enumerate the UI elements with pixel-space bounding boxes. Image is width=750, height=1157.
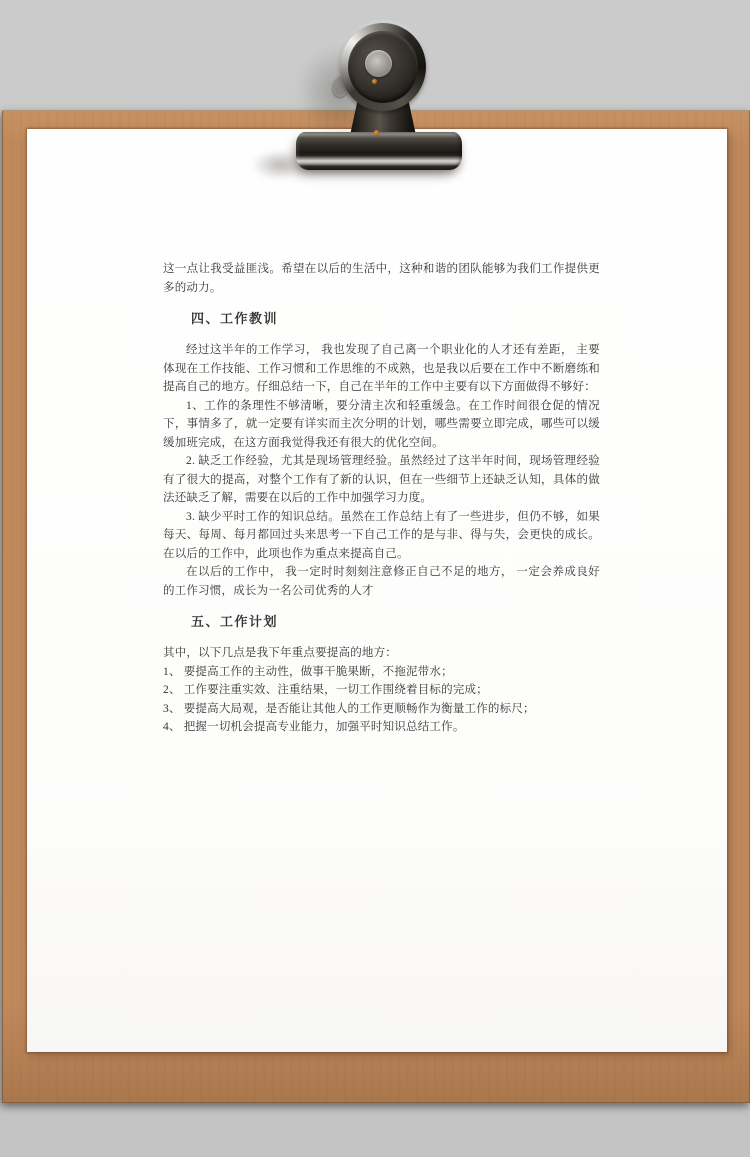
plan-item-3: 3、 要提高大局观，是否能让其他人的工作更顺畅作为衡量工作的标尺；	[163, 700, 600, 719]
clip-ring-hole	[365, 50, 392, 77]
document-content: 这一点让我受益匪浅。希望在以后的生活中，这种和谐的团队能够为我们工作提供更多的动…	[27, 129, 727, 737]
section5-heading: 五、工作计划	[191, 613, 600, 631]
section4-paragraph-2: 1、工作的条理性不够清晰，要分清主次和轻重缓急。在工作时间很仓促的情况下，事情多…	[163, 397, 600, 453]
clip-jaw	[296, 132, 462, 170]
section4-paragraph-1: 经过这半年的工作学习， 我也发现了自己离一个职业化的人才还有差距， 主要体现在工…	[163, 341, 600, 397]
metal-glint	[374, 130, 379, 136]
section4-heading: 四、工作教训	[191, 310, 600, 328]
intro-paragraph: 这一点让我受益匪浅。希望在以后的生活中，这种和谐的团队能够为我们工作提供更多的动…	[163, 260, 600, 297]
section4-paragraph-5: 在以后的工作中， 我一定时时刻刻注意修正自己不足的地方， 一定会养成良好的工作习…	[163, 563, 600, 600]
document-page: 这一点让我受益匪浅。希望在以后的生活中，这种和谐的团队能够为我们工作提供更多的动…	[27, 129, 727, 1052]
clip-ring-icon	[340, 23, 426, 111]
plan-item-1: 1、 要提高工作的主动性，做事干脆果断，不拖泥带水；	[163, 663, 600, 682]
plan-item-4: 4、 把握一切机会提高专业能力，加强平时知识总结工作。	[163, 718, 600, 737]
plan-item-2: 2、 工作要注重实效、注重结果，一切工作围绕着目标的完成；	[163, 681, 600, 700]
section4-paragraph-4: 3. 缺少平时工作的知识总结。虽然在工作总结上有了一些进步，但仍不够，如果每天、…	[163, 508, 600, 564]
section4-paragraph-3: 2. 缺乏工作经验，尤其是现场管理经验。虽然经过了这半年时间，现场管理经验有了很…	[163, 452, 600, 508]
section5-lead: 其中，以下几点是我下年重点要提高的地方：	[163, 644, 600, 663]
metal-glint	[372, 79, 377, 84]
photo-scene: 这一点让我受益匪浅。希望在以后的生活中，这种和谐的团队能够为我们工作提供更多的动…	[0, 0, 750, 1157]
